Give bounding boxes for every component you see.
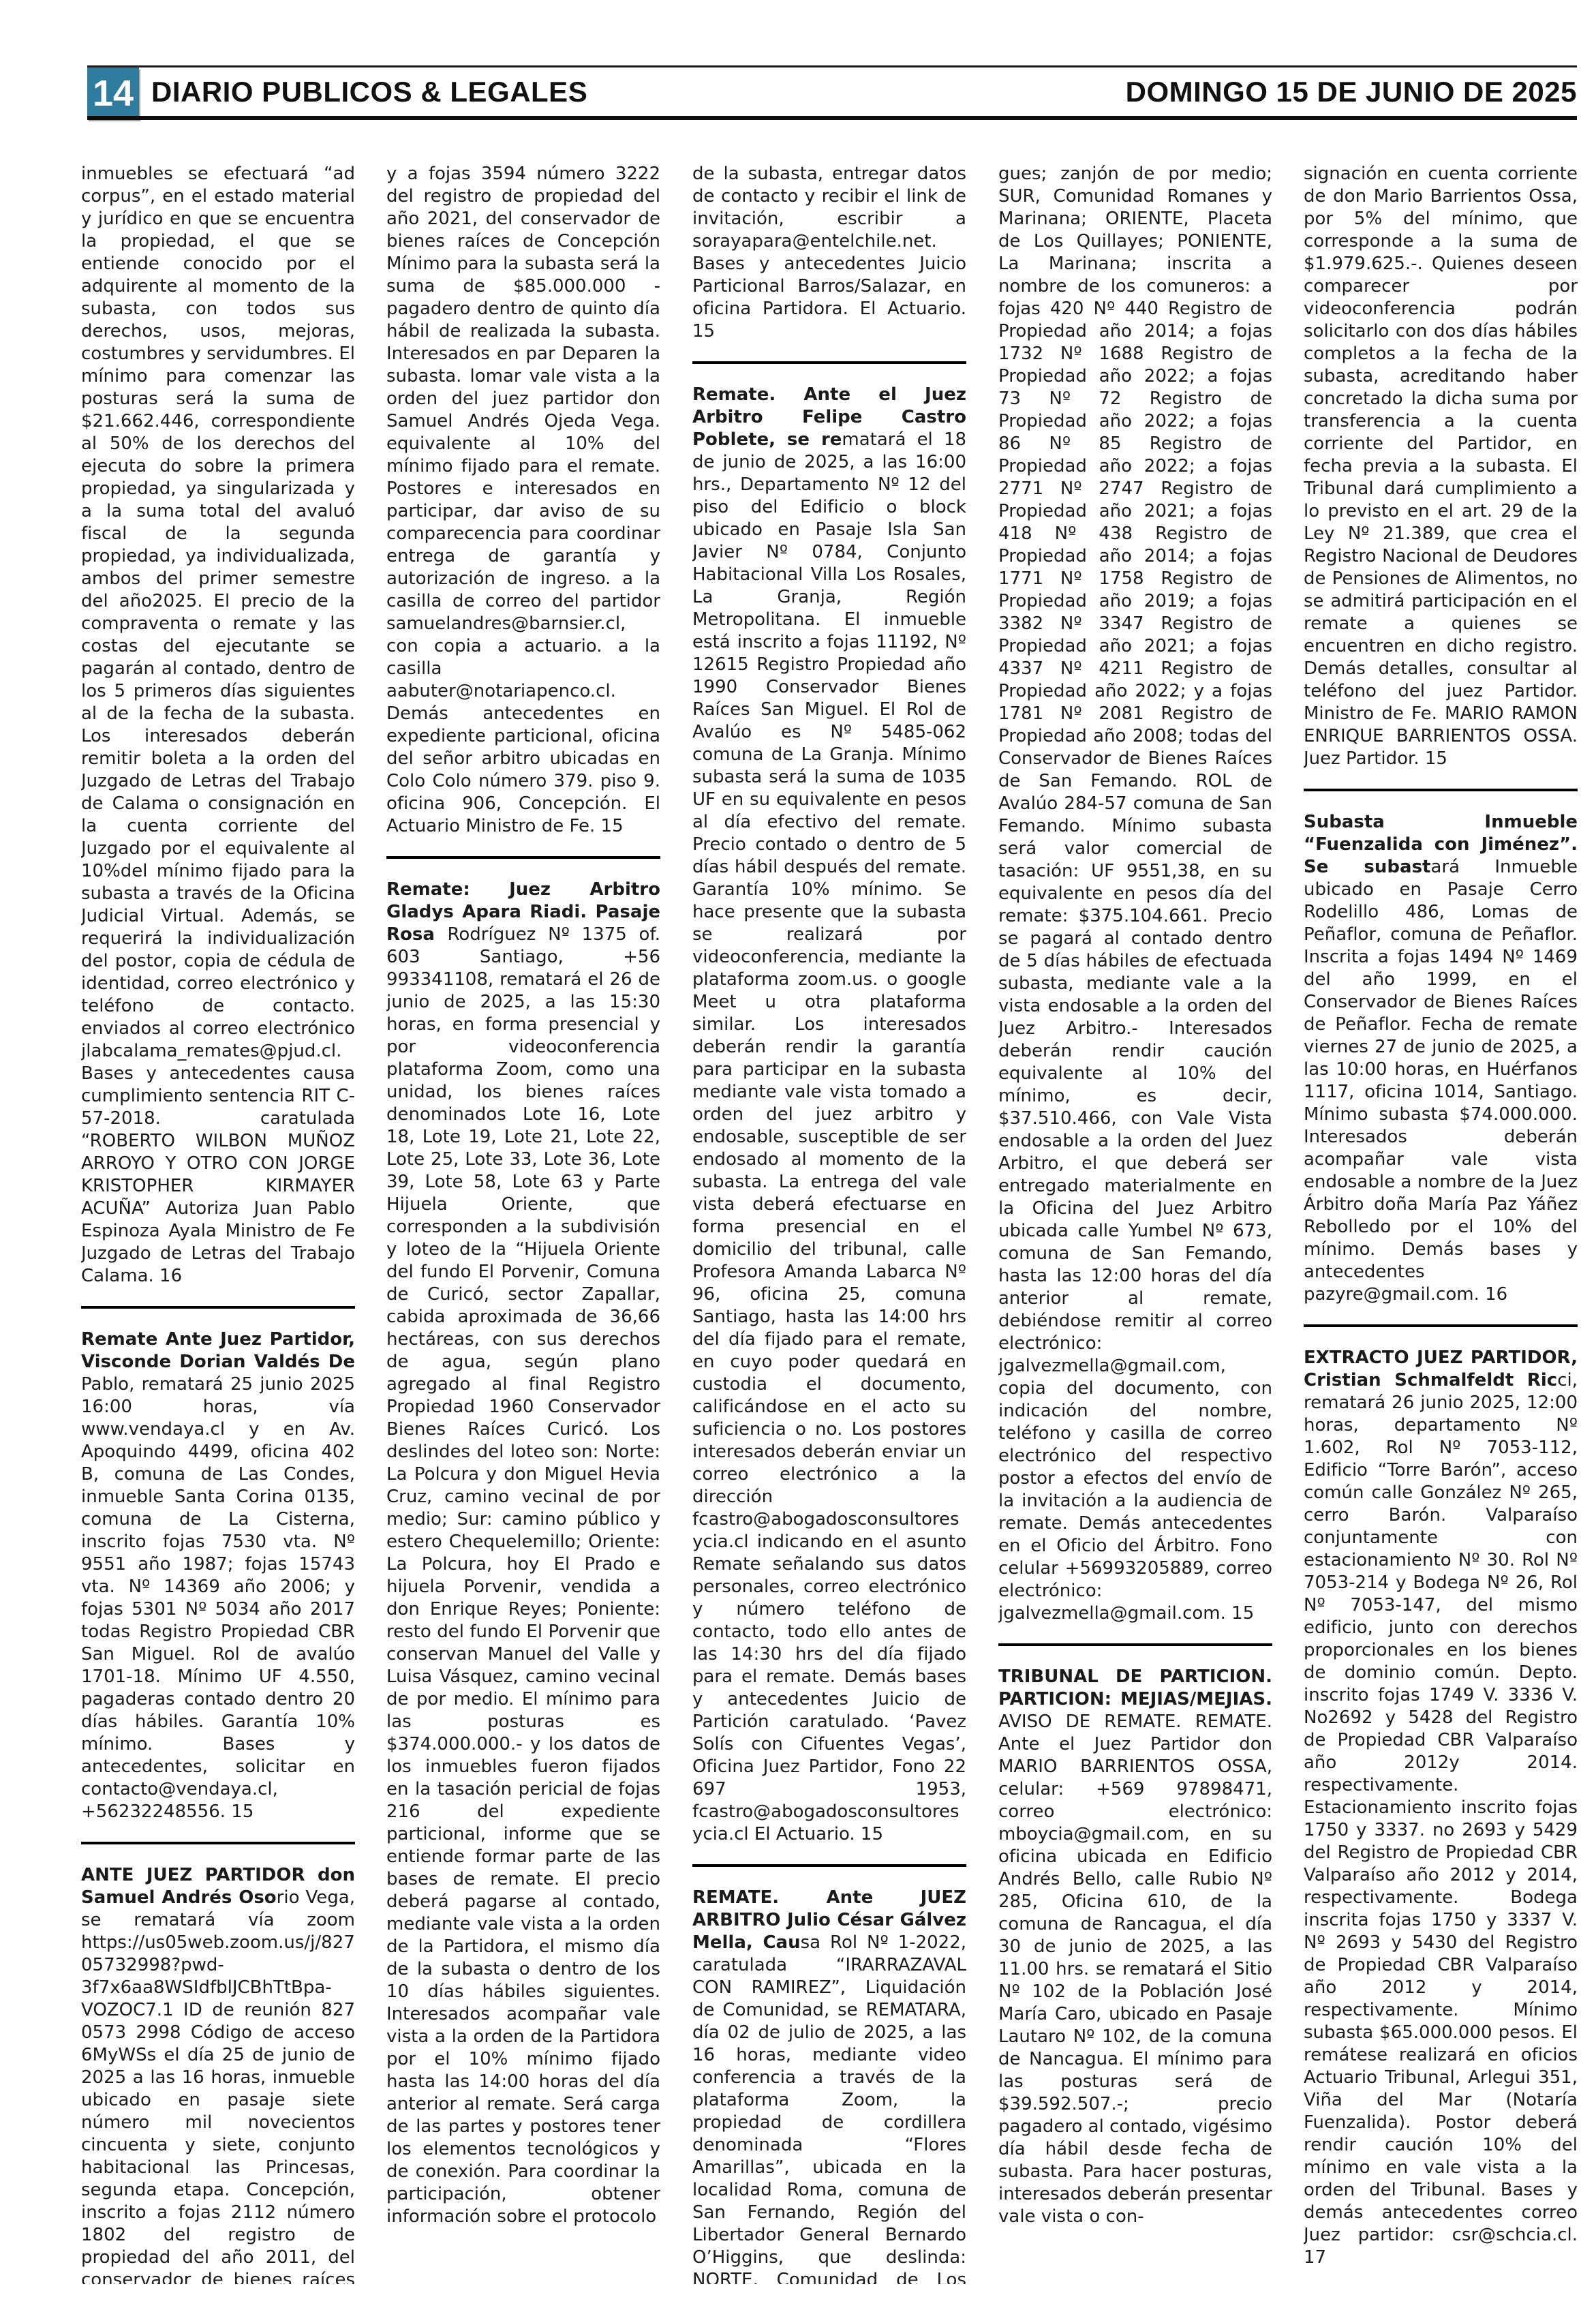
legal-notice: Remate: Juez Arbitro Gladys Apara Riadi.… bbox=[386, 879, 660, 2228]
legal-notice: Subasta Inmueble “Fuenzalida con Jiménez… bbox=[1304, 811, 1578, 1306]
notice-divider bbox=[998, 1643, 1272, 1646]
column-1: inmuebles se efectuará “ad corpus”, en e… bbox=[81, 163, 355, 2284]
notice-text: Pablo, rematará 25 junio 2025 16:00 hora… bbox=[81, 1374, 355, 1822]
legal-notice: y a fojas 3594 número 3222 del registro … bbox=[386, 163, 660, 838]
legal-notice: de la subasta, entregar datos de contact… bbox=[692, 163, 966, 343]
notice-divider bbox=[386, 856, 660, 859]
notice-text: matará el 18 de junio de 2025, a las 16:… bbox=[692, 429, 966, 1844]
legal-notice: inmuebles se efectuará “ad corpus”, en e… bbox=[81, 163, 355, 1288]
notice-text: ci, rematará 26 junio 2025, 12:00 horas,… bbox=[1304, 1370, 1578, 2268]
notice-divider bbox=[692, 1864, 966, 1867]
header-rule-top bbox=[87, 65, 1577, 67]
notice-text: inmuebles se efectuará “ad corpus”, en e… bbox=[81, 164, 355, 1286]
notice-text: signación en cuenta corriente de don Mar… bbox=[1304, 164, 1578, 769]
notice-text: gues; zanjón de por medio; SUR, Comunida… bbox=[998, 164, 1272, 1624]
legal-notice: EXTRACTO JUEZ PARTIDOR, Cristian Schmalf… bbox=[1304, 1347, 1578, 2269]
notice-divider bbox=[1304, 1324, 1578, 1327]
notice-divider bbox=[81, 1306, 355, 1309]
page-number-badge: 14 bbox=[87, 67, 139, 119]
notice-lead: EXTRACTO JUEZ PARTIDOR, Cristian Schmalf… bbox=[1304, 1348, 1578, 1390]
legal-notice: Remate. Ante el Juez Arbitro Felipe Cast… bbox=[692, 384, 966, 1846]
header-rule-bottom bbox=[87, 116, 1577, 120]
column-4: gues; zanjón de por medio; SUR, Comunida… bbox=[998, 163, 1272, 2284]
notice-lead: TRIBUNAL DE PARTICION. PARTICION: MEJIAS… bbox=[998, 1667, 1272, 1709]
notice-text: de la subasta, entregar datos de contact… bbox=[692, 164, 966, 341]
column-3: de la subasta, entregar datos de contact… bbox=[692, 163, 966, 2284]
legal-notice: ANTE JUEZ PARTIDOR don Samuel Andrés Oso… bbox=[81, 1864, 355, 2284]
edition-date: DOMINGO 15 DE JUNIO DE 2025 bbox=[1126, 68, 1577, 116]
notice-text: sa Rol Nº 1-2022, caratulada “IRARRAZAVA… bbox=[692, 1932, 966, 2284]
notice-text: rio Vega, se rematará vía zoom https://u… bbox=[81, 1887, 355, 2284]
column-2: y a fojas 3594 número 3222 del registro … bbox=[386, 163, 660, 2284]
notice-divider bbox=[81, 1842, 355, 1844]
notice-text: ará Inmueble ubicado en Pasaje Cerro Rod… bbox=[1304, 857, 1578, 1305]
newspaper-page: { "page": { "number": "14", "brand": "DI… bbox=[0, 0, 1596, 2312]
legal-notice: Remate Ante Juez Partidor, Visconde Dori… bbox=[81, 1328, 355, 1823]
newspaper-title: DIARIO PUBLICOS & LEGALES bbox=[151, 68, 587, 116]
legal-notice: signación en cuenta corriente de don Mar… bbox=[1304, 163, 1578, 770]
legal-notice: TRIBUNAL DE PARTICION. PARTICION: MEJIAS… bbox=[998, 1666, 1272, 2228]
notice-lead: Remate Ante Juez Partidor, Visconde Dori… bbox=[81, 1329, 355, 1372]
notice-text: y a fojas 3594 número 3222 del registro … bbox=[386, 164, 660, 836]
legal-notice: REMATE. Ante JUEZ ARBITRO Julio César Gá… bbox=[692, 1887, 966, 2284]
notice-divider bbox=[692, 361, 966, 364]
column-5: signación en cuenta corriente de don Mar… bbox=[1304, 163, 1578, 2284]
legal-notice: gues; zanjón de por medio; SUR, Comunida… bbox=[998, 163, 1272, 1625]
notice-text: AVISO DE REMATE. REMATE. Ante el Juez Pa… bbox=[998, 1712, 1272, 2227]
notice-text: Rodríguez Nº 1375 of. 603 Santiago, +56 … bbox=[386, 924, 660, 2227]
notice-divider bbox=[1304, 789, 1578, 791]
